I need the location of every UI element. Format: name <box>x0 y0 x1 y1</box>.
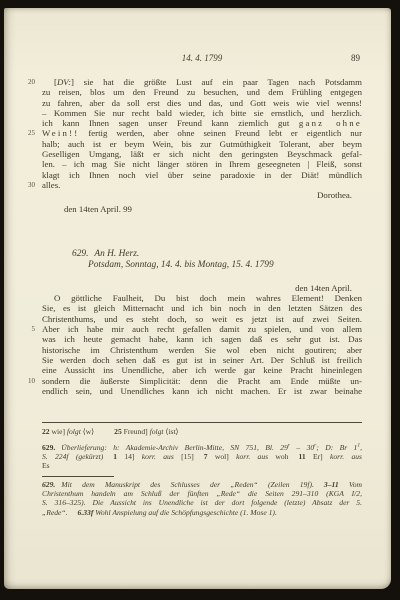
previous-letter-text: 20[DV:] sie hat die größte Lust auf ein … <box>42 77 362 214</box>
letter-dateline: den 14ten April. <box>42 283 362 293</box>
letter-heading: 629.An H. Herz. Potsdam, Sonntag, 14. 4.… <box>42 249 362 272</box>
margin-line-number: 30 <box>16 181 35 190</box>
commentary-rule <box>42 476 114 477</box>
letter-text: den 14ten April. O göttliche Faulheit, D… <box>42 283 362 396</box>
book-page: 14. 4. 1799 89 20[DV:] sie hat die größt… <box>4 8 391 589</box>
margin-line-number: 5 <box>16 325 35 334</box>
text-line: Sie, es ist gleich Mitternacht und ich b… <box>42 303 362 313</box>
apparatus-line: 629.Überlieferung: h: Akademie-Archiv Be… <box>42 443 362 452</box>
commentary-line: 629.Mit dem Manuskript des Schlusses der… <box>42 480 362 489</box>
commentary-line: „Rede“.6.33f Wohl Anspielung auf die Sch… <box>42 508 362 517</box>
text-line: halb; auch ist er beym Wein, bis zur Gut… <box>42 139 362 149</box>
text-line: 30alles. <box>42 180 362 190</box>
text-line: eine Aussicht ins Unendliche, aber ich w… <box>42 365 362 375</box>
text-line: Christenthums, und es steht doch, so wei… <box>42 314 362 324</box>
running-head: 14. 4. 1799 89 <box>42 53 362 64</box>
text-line: O göttliche Faulheit, Du bist doch mein … <box>42 293 362 303</box>
text-line: was ich heute gemacht habe, kann ich sag… <box>42 334 362 344</box>
commentary-line: Christenthum handeln am Schluß der fünft… <box>42 489 362 498</box>
letter-place-date: Potsdam, Sonntag, 14. 4. bis Montag, 15.… <box>42 260 362 272</box>
commentary-line: S. 316–325). Die Aussicht ins Unendliche… <box>42 498 362 507</box>
text-line: 5Aber ich habe mir auch recht gefallen d… <box>42 324 362 334</box>
text-line: klagt ich Ihnen noch viel über seine par… <box>42 170 362 180</box>
transmission-apparatus: 629.Überlieferung: h: Akademie-Archiv Be… <box>42 443 362 471</box>
text-line: ich kann Ihnen sagen unser Freund kann z… <box>42 118 362 128</box>
text-line: Geselligen Umgang, läßt er sich nicht de… <box>42 149 362 159</box>
signature: Dorothea. <box>42 190 362 200</box>
commentary: 629.Mit dem Manuskript des Schlusses der… <box>42 480 362 518</box>
apparatus-rule <box>42 422 362 423</box>
text-line: zu reisen, blos um den Freund zu besuche… <box>42 87 362 97</box>
text-line: 25Wein!! fertig werden, aber ohne seinen… <box>42 128 362 138</box>
text-line: endlich sein, und Unendliches kann ich n… <box>42 386 362 396</box>
apparatus-line: Es <box>42 461 362 470</box>
text-line: len. – ich mag Sie nicht länger stören i… <box>42 159 362 169</box>
variants-apparatus: 22 wie] folgt ⟨w⟩25 Freund] folgt ⟨ist⟩ <box>42 427 362 436</box>
text-line: zu fahren, aber da soll erst dies und da… <box>42 98 362 108</box>
page-content: 14. 4. 1799 89 20[DV:] sie hat die größt… <box>42 8 362 517</box>
apparatus-line: 22 wie] folgt ⟨w⟩25 Freund] folgt ⟨ist⟩ <box>42 427 362 436</box>
apparatus-line: S. 224f (gekürzt)1 14] korr. aus [15]7 w… <box>42 452 362 461</box>
page-number: 89 <box>351 53 360 64</box>
text-line: 10sondern die äußerste Simplicität: denn… <box>42 376 362 386</box>
text-line: 20[DV:] sie hat die größte Lust auf ein … <box>42 77 362 87</box>
dateline: den 14ten April. 99 <box>42 204 362 214</box>
margin-line-number: 10 <box>16 377 35 386</box>
running-head-date: 14. 4. 1799 <box>42 53 362 64</box>
text-line: historische im Christenthum werden Sie w… <box>42 345 362 355</box>
text-line: Sie werden doch sehen daß es gut ist in … <box>42 355 362 365</box>
margin-line-number: 20 <box>16 78 35 87</box>
text-line: – Kommen Sie nur recht bald wieder, ich … <box>42 108 362 118</box>
letter-number-heading: 629.An H. Herz. <box>42 249 362 261</box>
margin-line-number: 25 <box>16 129 35 138</box>
